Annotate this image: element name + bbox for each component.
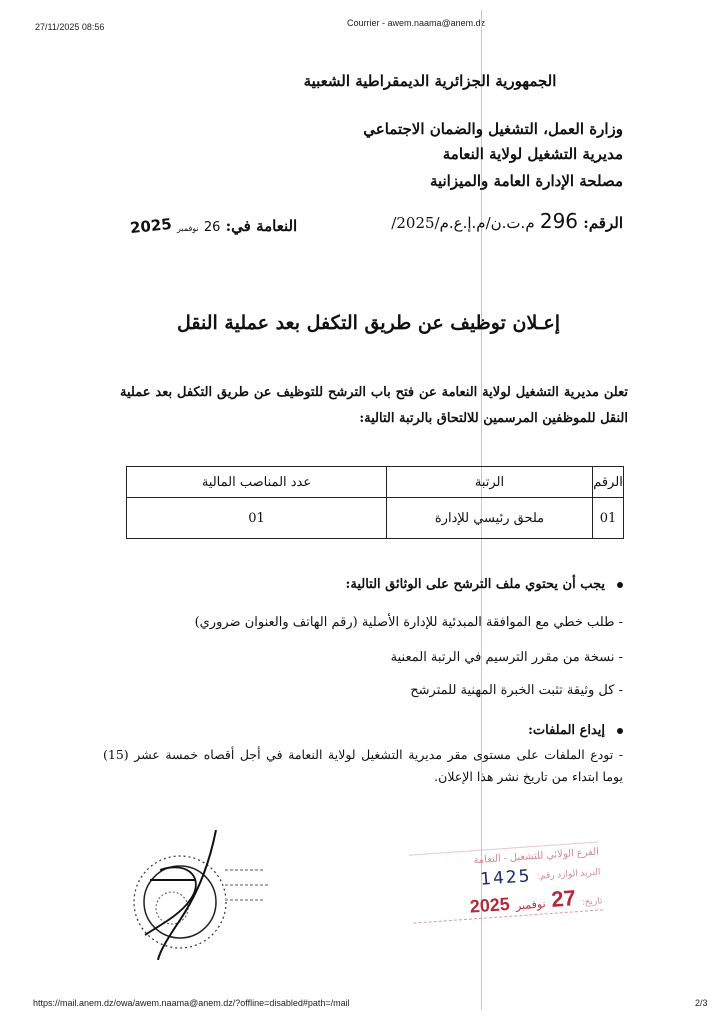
reference-line: الرقم: 296 /م.ت.ن/م.إ.ع.م/2025 — [391, 210, 623, 234]
requirement-item-2: - نسخة من مقرر الترسيم في الرتبة المعنية — [391, 645, 623, 671]
deposit-text: - تودع الملفات على مستوى مقر مديرية التش… — [103, 744, 623, 788]
stamp-number: 1425 — [480, 866, 533, 890]
header-number: الرقم — [593, 467, 624, 498]
date-year: 2025 — [129, 213, 173, 239]
service-name: مصلحة الإدارة العامة والميزانية — [430, 170, 623, 192]
print-title: Courrier - awem.naama@anem.dz — [347, 18, 485, 28]
ranks-table: الرقم الرتبة عدد المناصب المالية 01 ملحق… — [126, 466, 624, 539]
requirements-heading: يجب أن يحتوي ملف الترشح على الوثائق التا… — [346, 572, 623, 598]
deposit-heading-text: إيداع الملفات: — [528, 723, 605, 738]
header-positions: عدد المناصب المالية — [127, 467, 387, 498]
directorate-name: مديرية التشغيل لولاية النعامة — [443, 143, 623, 165]
reference-label: الرقم: — [583, 214, 623, 232]
place-date-line: النعامة في: 26 نوفمبر 2025 — [130, 215, 297, 240]
date-day: 26 — [204, 220, 221, 235]
requirements-heading-text: يجب أن يحتوي ملف الترشح على الوثائق التا… — [346, 577, 605, 592]
requirement-item-3: - كل وثيقة تثبت الخبرة المهنية للمترشح — [410, 678, 623, 704]
requirement-item-1: - طلب خطي مع الموافقة المبدئية للإدارة ا… — [195, 610, 623, 636]
ministry-name: وزارة العمل، التشغيل والضمان الاجتماعي — [363, 118, 623, 140]
table-header-row: الرقم الرتبة عدد المناصب المالية — [127, 467, 624, 498]
header-rank: الرتبة — [387, 467, 593, 498]
official-seal — [120, 830, 290, 960]
announcement-intro: تعلن مديرية التشغيل لولاية النعامة عن فت… — [120, 380, 628, 432]
incoming-mail-stamp: الفرع الولائي للتشغيل - النعامة البريد ا… — [409, 841, 606, 954]
stamp-day: 27 — [550, 885, 576, 913]
cell-rank: ملحق رئيسي للإدارة — [387, 498, 593, 539]
stamp-month: نوفمبر — [515, 897, 546, 912]
cell-number: 01 — [593, 498, 624, 539]
print-url: https://mail.anem.dz/owa/awem.naama@anem… — [33, 998, 350, 1008]
deposit-heading: إيداع الملفات: — [528, 718, 623, 744]
republic-name: الجمهورية الجزائرية الديمقراطية الشعبية — [240, 70, 620, 92]
print-page-number: 2/3 — [695, 998, 708, 1008]
cell-positions: 01 — [127, 498, 387, 539]
stamp-date-label: تاريخ: — [582, 895, 603, 907]
bullet-icon — [617, 582, 623, 588]
date-month: نوفمبر — [177, 224, 199, 233]
table-row: 01 ملحق رئيسي للإدارة 01 — [127, 498, 624, 539]
stamp-number-label: البريد الوارد رقم: — [537, 866, 601, 881]
reference-code: /م.ت.ن/م.إ.ع.م/2025 — [391, 214, 534, 232]
announcement-title: إعـلان توظيف عن طريق التكفل بعد عملية ال… — [200, 312, 560, 334]
place-date-label: النعامة في: — [226, 217, 298, 235]
stamp-year: 2025 — [469, 894, 510, 918]
bullet-icon — [617, 728, 623, 734]
print-datetime: 27/11/2025 08:56 — [35, 22, 104, 32]
reference-number: 296 — [540, 209, 578, 233]
seal-icon — [120, 830, 290, 960]
